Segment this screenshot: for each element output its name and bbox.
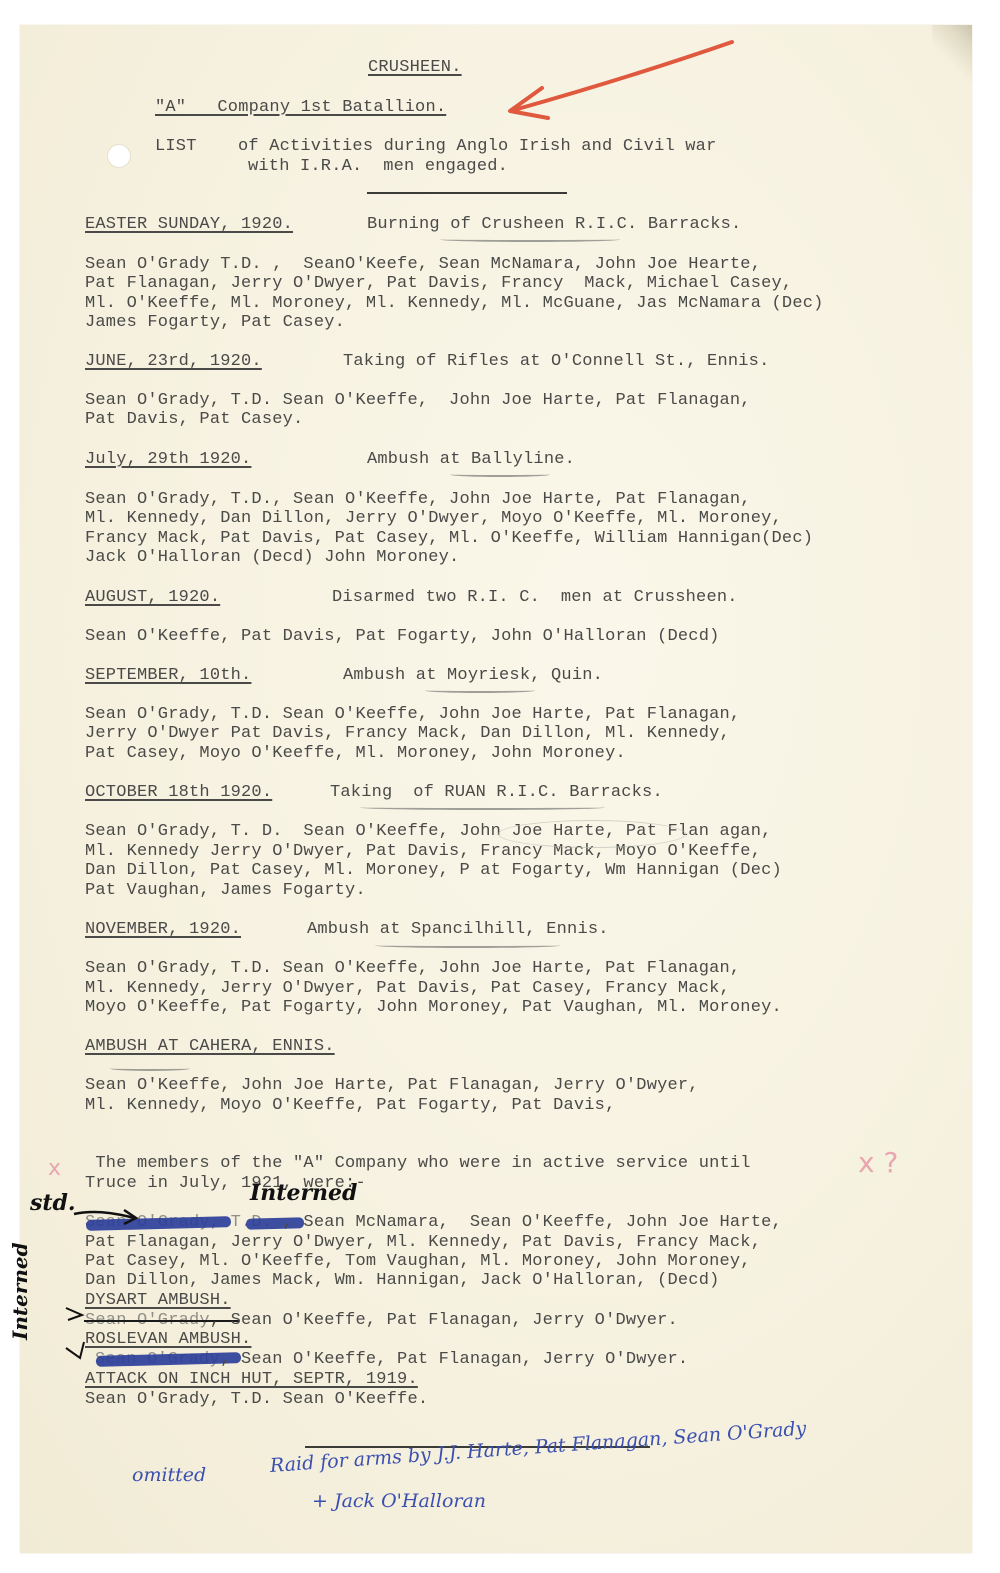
pencil-underline bbox=[360, 805, 605, 810]
event-names-line: Ml. Kennedy, Jerry O'Dwyer, Pat Davis, P… bbox=[85, 979, 730, 999]
pencil-underline bbox=[110, 1066, 190, 1071]
header-divider bbox=[367, 192, 567, 194]
event-names-line: Pat Vaughan, James Fogarty. bbox=[85, 881, 366, 901]
pencil-underline bbox=[425, 688, 535, 693]
event-title: Burning of Crusheen R.I.C. Barracks. bbox=[367, 215, 741, 235]
handwritten-interned-margin: Interned bbox=[8, 1242, 32, 1340]
event-names-line: Sean O'Keeffe, Pat Davis, Pat Fogarty, J… bbox=[85, 627, 720, 647]
event-names-line: Sean O'Grady T.D. , SeanO'Keefe, Sean Mc… bbox=[85, 255, 761, 275]
event-date: AMBUSH AT CAHERA, ENNIS. bbox=[85, 1037, 335, 1057]
pencil-underline bbox=[440, 237, 620, 242]
members-line: Pat Flanagan, Jerry O'Dwyer, Ml. Kennedy… bbox=[85, 1233, 761, 1253]
red-arrow-icon bbox=[500, 38, 740, 128]
members-line: Dan Dillon, James Mack, Wm. Hannigan, Ja… bbox=[85, 1271, 720, 1291]
extra-event-heading: ROSLEVAN AMBUSH. bbox=[85, 1330, 251, 1350]
pencil-circle bbox=[498, 820, 686, 848]
company-subtitle: "A" Company 1st Batallion. bbox=[155, 98, 446, 118]
pink-mark-left: x bbox=[48, 1156, 61, 1181]
intro-line-2: with I.R.A. men engaged. bbox=[248, 157, 508, 177]
event-names-line: Ml. Kennedy, Dan Dillon, Jerry O'Dwyer, … bbox=[85, 509, 782, 529]
event-title: Taking of RUAN R.I.C. Barracks. bbox=[330, 783, 663, 803]
event-names-line: Pat Casey, Moyo O'Keeffe, Ml. Moroney, J… bbox=[85, 744, 626, 764]
margin-arrows-icon bbox=[62, 1300, 88, 1370]
event-names-line: Ml. O'Keeffe, Ml. Moroney, Ml. Kennedy, … bbox=[85, 294, 824, 314]
members-line: , Sean McNamara, Sean O'Keeffe, John Joe… bbox=[85, 1213, 782, 1233]
event-names-line: Pat Flanagan, Jerry O'Dwyer, Pat Davis, … bbox=[85, 274, 792, 294]
event-date: OCTOBER 18th 1920. bbox=[85, 783, 272, 803]
page-title: CRUSHEEN. bbox=[368, 58, 462, 78]
event-names-line: Jerry O'Dwyer Pat Davis, Francy Mack, Da… bbox=[85, 724, 730, 744]
event-title: Ambush at Ballyline. bbox=[367, 450, 575, 470]
handwritten-interned: Interned bbox=[250, 1180, 357, 1206]
list-label: LIST bbox=[155, 137, 197, 157]
punch-hole bbox=[107, 144, 131, 168]
event-title: Disarmed two R.I. C. men at Crussheen. bbox=[332, 588, 738, 608]
event-names-line: Ml. Kennedy Jerry O'Dwyer, Pat Davis, Fr… bbox=[85, 842, 761, 862]
pencil-underline bbox=[450, 472, 550, 477]
event-title: Ambush at Moyriesk, Quin. bbox=[343, 666, 603, 686]
members-line: Pat Casey, Ml. O'Keeffe, Tom Vaughan, Ml… bbox=[85, 1252, 751, 1272]
event-names-line: Sean O'Grady, T.D. Sean O'Keeffe, John J… bbox=[85, 705, 740, 725]
event-names-line: Sean O'Grady, T.D., Sean O'Keeffe, John … bbox=[85, 490, 751, 510]
black-arrow-icon bbox=[72, 1204, 142, 1226]
event-date: SEPTEMBER, 10th. bbox=[85, 666, 251, 686]
event-date: NOVEMBER, 1920. bbox=[85, 920, 241, 940]
event-names-line: Sean O'Grady, T.D. Sean O'Keeffe, John J… bbox=[85, 959, 740, 979]
event-names-line: Sean O'Keeffe, John Joe Harte, Pat Flana… bbox=[85, 1076, 699, 1096]
members-intro-line-1: The members of the "A" Company who were … bbox=[85, 1154, 751, 1174]
event-names-line: Ml. Kennedy, Moyo O'Keeffe, Pat Fogarty,… bbox=[85, 1096, 616, 1116]
event-title: Ambush at Spancilhill, Ennis. bbox=[307, 920, 609, 940]
handwritten-std: std. bbox=[30, 1190, 76, 1216]
extra-event-names: Sean O'Grady, T.D. Sean O'Keeffe. bbox=[85, 1390, 428, 1410]
event-title: Taking of Rifles at O'Connell St., Ennis… bbox=[343, 352, 769, 372]
event-date: July, 29th 1920. bbox=[85, 450, 251, 470]
corner-wear bbox=[932, 25, 972, 85]
event-names-line: Sean O'Grady, T.D. Sean O'Keeffe, John J… bbox=[85, 391, 751, 411]
pink-mark-right: x ? bbox=[858, 1146, 898, 1179]
event-date: AUGUST, 1920. bbox=[85, 588, 220, 608]
event-names-line: Jack O'Halloran (Decd) John Moroney. bbox=[85, 548, 459, 568]
event-names-line: James Fogarty, Pat Casey. bbox=[85, 313, 345, 333]
handwritten-raid-line-2: + Jack O'Halloran bbox=[312, 1490, 486, 1512]
event-date: JUNE, 23rd, 1920. bbox=[85, 352, 262, 372]
event-names-line: Francy Mack, Pat Davis, Pat Casey, Ml. O… bbox=[85, 529, 813, 549]
intro-line-1: of Activities during Anglo Irish and Civ… bbox=[238, 137, 716, 157]
extra-event-names: , Sean O'Keeffe, Pat Flanagan, Jerry O'D… bbox=[85, 1350, 688, 1370]
event-names-line: Moyo O'Keeffe, Pat Fogarty, John Moroney… bbox=[85, 998, 782, 1018]
event-names-line: Pat Davis, Pat Casey. bbox=[85, 410, 303, 430]
handwritten-omitted: omitted bbox=[132, 1464, 206, 1486]
pencil-underline bbox=[375, 943, 560, 948]
event-date: EASTER SUNDAY, 1920. bbox=[85, 215, 293, 235]
event-names-line: Dan Dillon, Pat Casey, Ml. Moroney, P at… bbox=[85, 861, 782, 881]
extra-event-names: , Sean O'Keeffe, Pat Flanagan, Jerry O'D… bbox=[85, 1311, 678, 1331]
extra-event-heading: DYSART AMBUSH. bbox=[85, 1291, 231, 1311]
extra-event-heading: ATTACK ON INCH HUT, SEPTR, 1919. bbox=[85, 1370, 418, 1390]
